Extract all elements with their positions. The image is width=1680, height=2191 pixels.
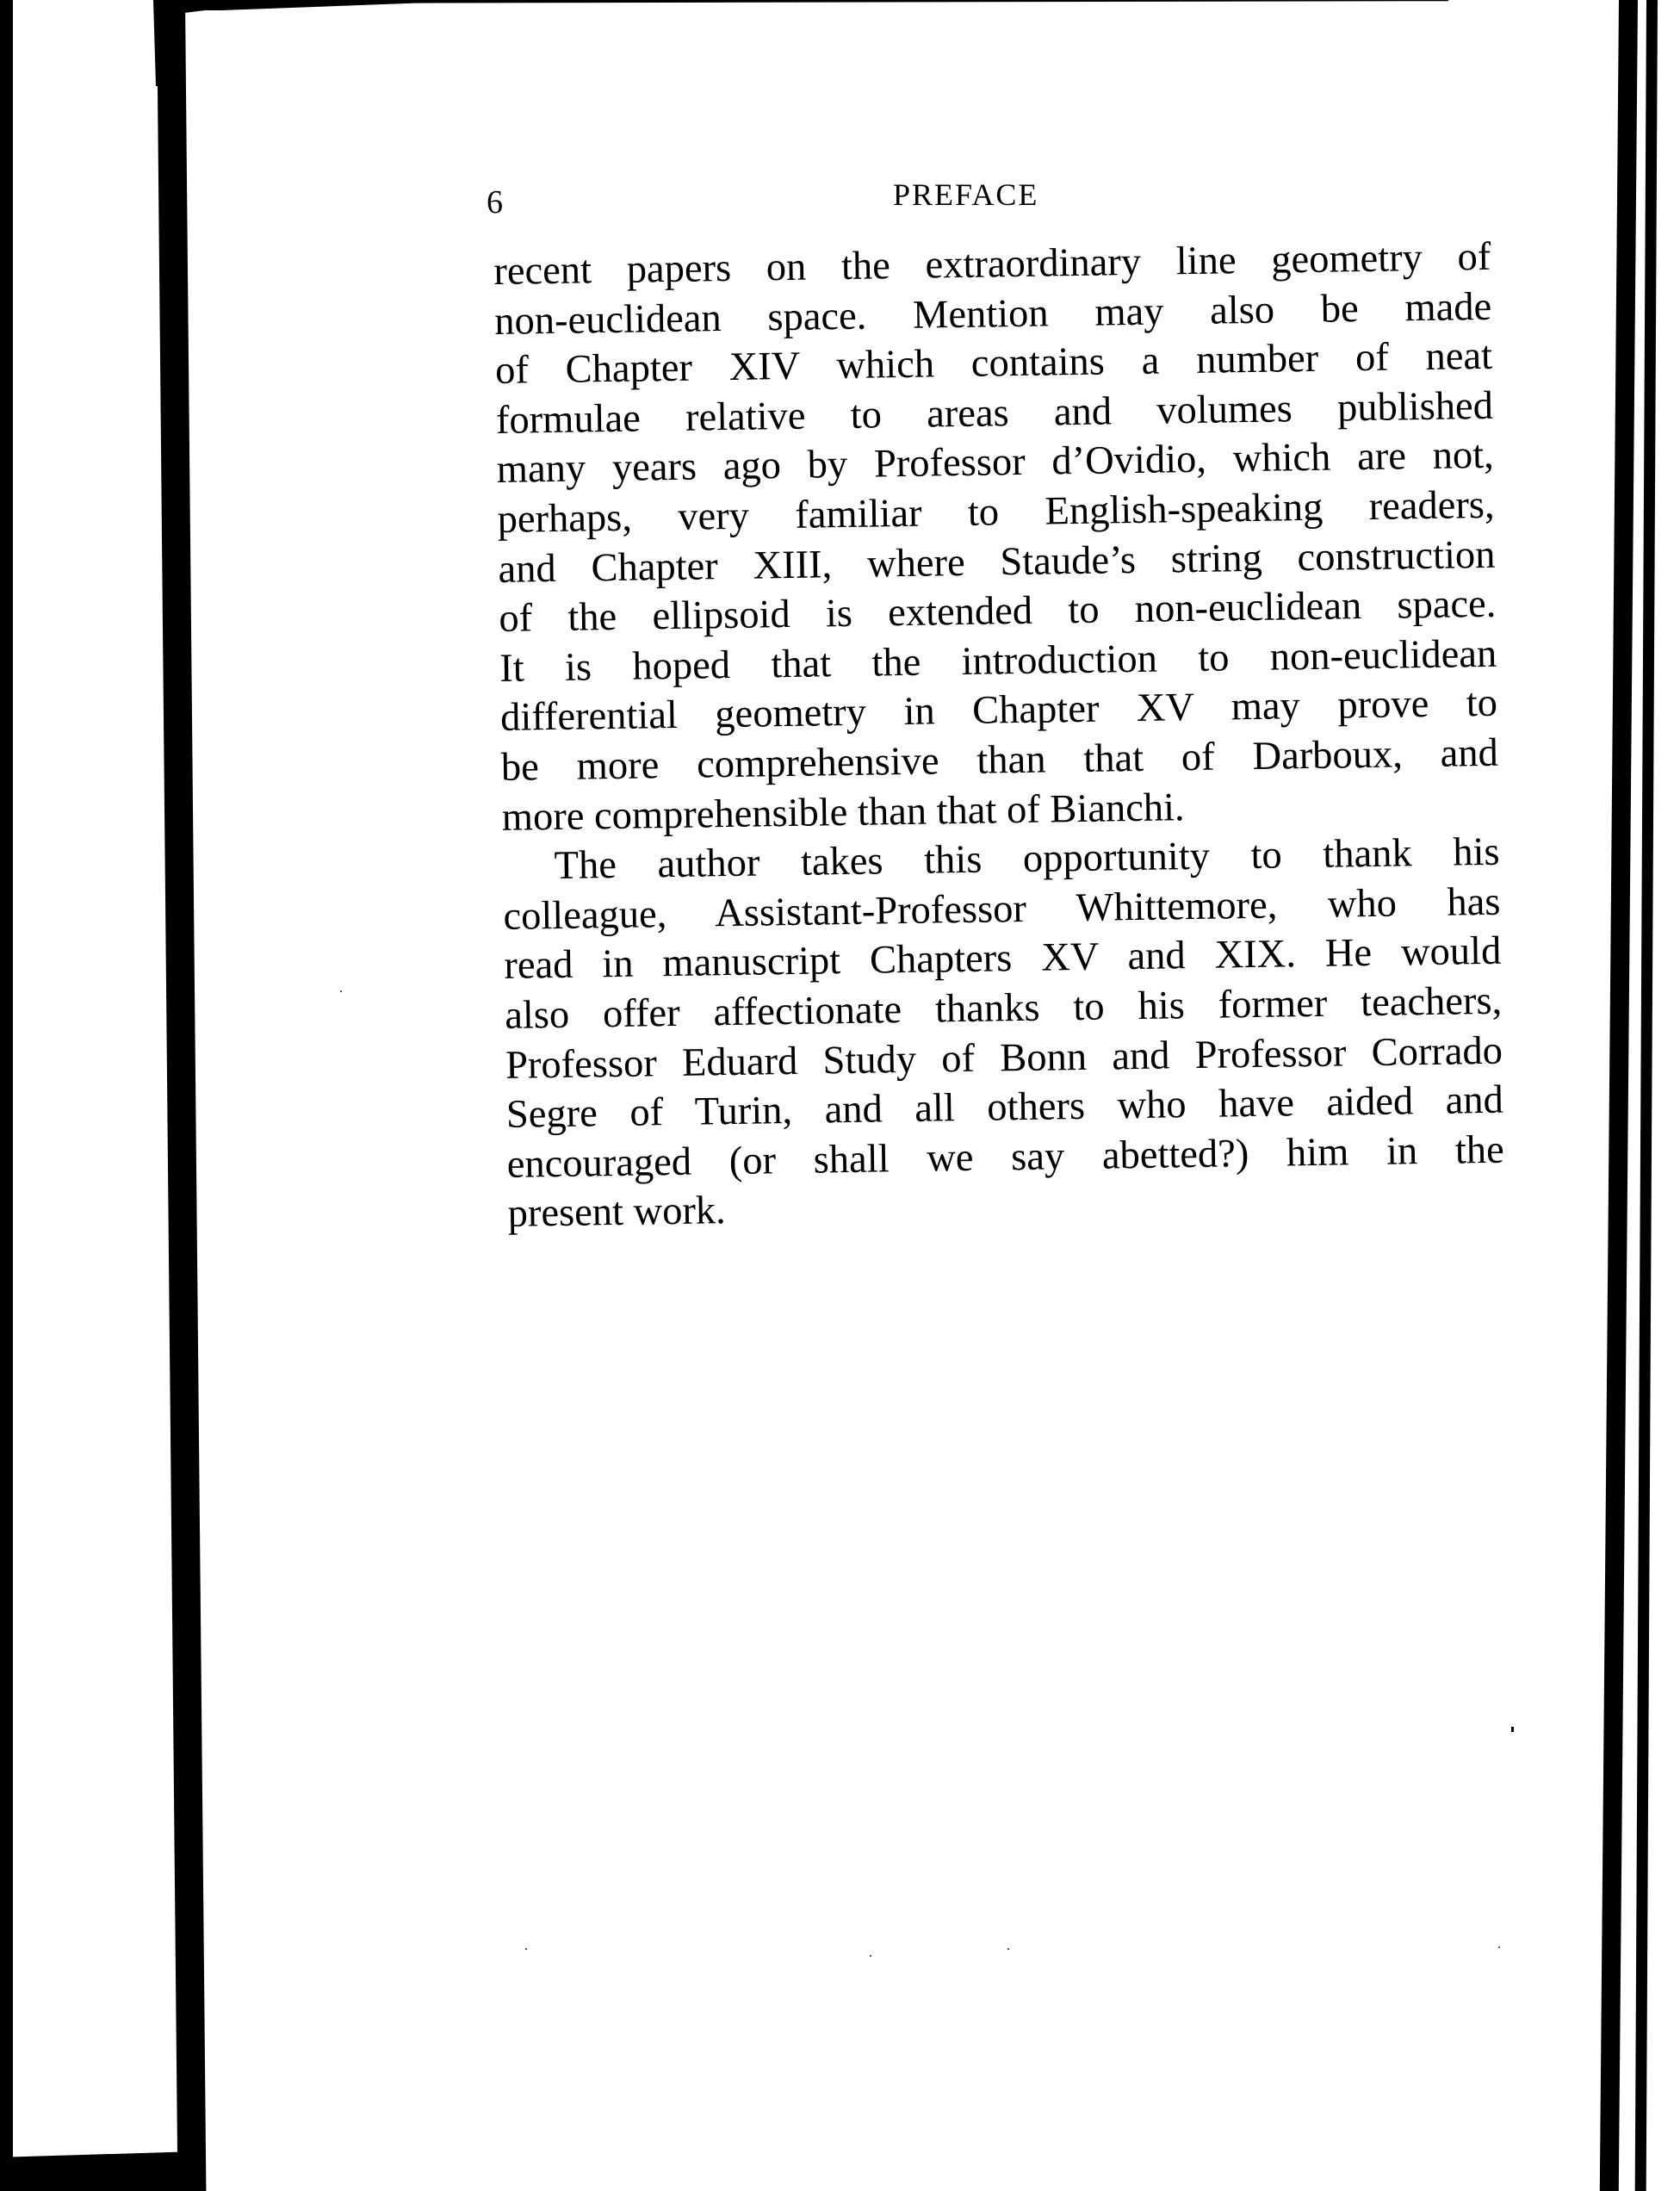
scan-speck [525,1948,527,1950]
scan-speck [340,990,342,992]
scan-edge-top [157,0,1448,10]
running-head: PREFACE [893,177,1038,213]
page-number: 6 [487,183,503,221]
scan-speck [1007,1948,1009,1950]
paragraph-1: recent papers on the extraordinary line … [493,233,1499,842]
scan-edge-bottom-left [0,2151,198,2191]
paragraph-2: The author takes this opportunity to tha… [502,828,1505,1239]
scan-edge-left [0,0,13,2191]
scan-speck [1498,1946,1500,1948]
scan-speck [1511,1727,1514,1732]
scan-margin-right [1658,0,1680,2191]
page-header: 6 PREFACE [487,177,1485,220]
scan-speck [870,1955,871,1957]
scan-corner-top-left [153,0,205,86]
scan-edge-right-inner [1600,0,1638,2191]
scan-binding-shadow [157,0,206,2191]
scan-edge-right-outer [1635,0,1658,2191]
body-text: recent papers on the extraordinary line … [493,233,1505,1239]
